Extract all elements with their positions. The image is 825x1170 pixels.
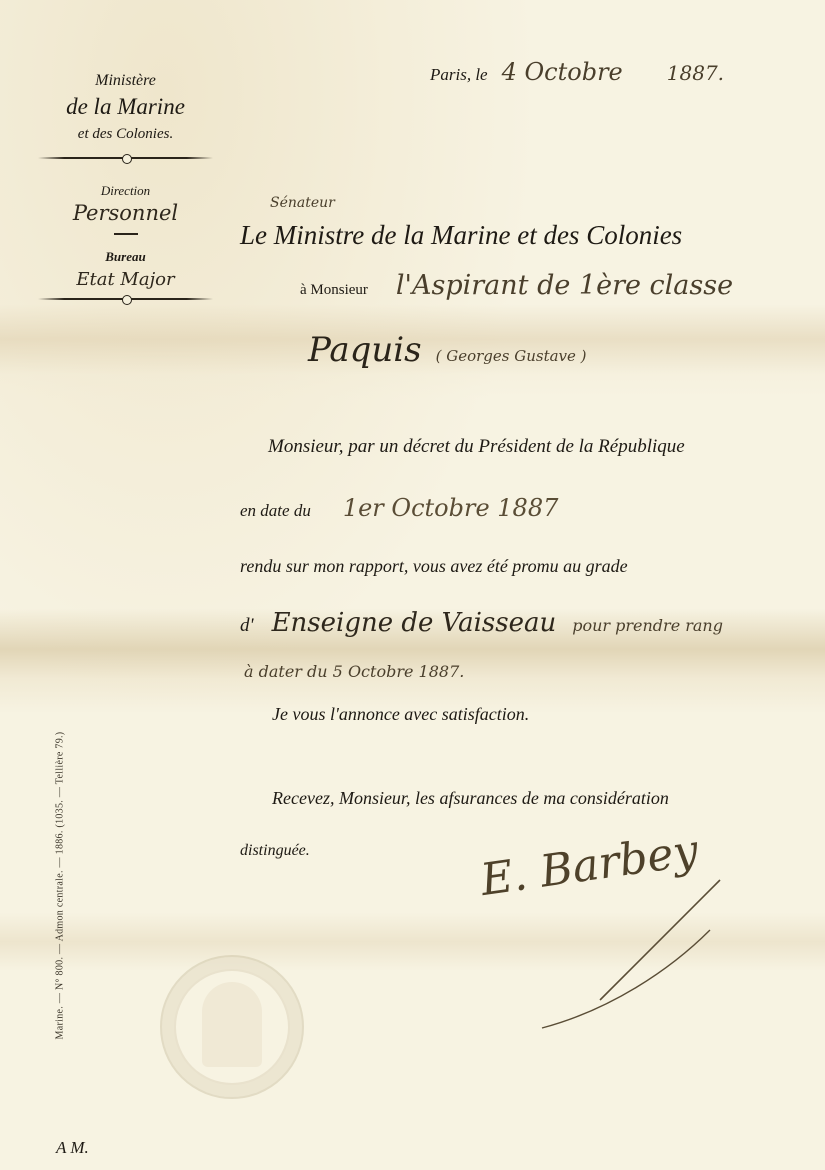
recipient-given-names: ( Georges Gustave ) (436, 347, 587, 365)
recipient-rank: l'Aspirant de 1ère classe (396, 270, 733, 301)
annotation-senateur: Sénateur (270, 195, 335, 211)
body-line2-printed: en date du (240, 501, 311, 520)
footer-initials: A M. (56, 1138, 89, 1158)
letterhead-line2: de la Marine (38, 94, 213, 120)
dateline-day-month: 4 Octobre (502, 58, 623, 86)
to-label: à Monsieur (300, 282, 368, 298)
grade-extra: pour prendre rang (572, 616, 723, 635)
body-line1: Monsieur, par un décret du Président de … (268, 436, 685, 458)
recipient-name: Paquis (308, 330, 422, 370)
dateline: Paris, le 4 Octobre 1887. (430, 58, 724, 86)
closing-line2: distinguée. (240, 842, 310, 860)
short-divider (114, 233, 138, 235)
signature-flourish (530, 860, 750, 1040)
printer-imprint: Marine. — N° 800. — Admon centrale. — 18… (55, 696, 66, 1076)
letterhead-line1: Ministère (38, 72, 213, 90)
body-line4: d' Enseigne de Vaisseau pour prendre ran… (240, 608, 723, 638)
letterhead: Ministère de la Marine et des Colonies. … (38, 72, 213, 300)
body-line6: Je vous l'annonce avec satisfaction. (272, 704, 529, 725)
body-line3: rendu sur mon rapport, vous avez été pro… (240, 556, 628, 577)
body-line2: en date du 1er Octobre 1887 (240, 494, 558, 522)
seal-figure (202, 982, 262, 1067)
body-line4-printed: d' (240, 615, 254, 636)
dateline-year: 1887. (667, 61, 724, 85)
grade: Enseigne de Vaisseau (272, 608, 557, 638)
recipient-line: à Monsieur l'Aspirant de 1ère classe (300, 270, 733, 301)
closing-line1: Recevez, Monsieur, les afsurances de ma … (272, 788, 669, 809)
bureau-value: Etat Major (38, 269, 213, 290)
decree-date: 1er Octobre 1887 (343, 494, 559, 522)
rank-date: à dater du 5 Octobre 1887. (244, 662, 464, 681)
direction-label: Direction (38, 183, 213, 199)
recipient-name-line: Paquis ( Georges Gustave ) (308, 330, 587, 370)
embossed-seal (160, 955, 304, 1099)
bureau-label: Bureau (38, 249, 213, 265)
ornament-divider (38, 157, 213, 159)
ornament-divider-bottom (38, 298, 213, 300)
direction-value: Personnel (38, 201, 213, 225)
dateline-place: Paris, le (430, 65, 488, 84)
sender-line: Le Ministre de la Marine et des Colonies (240, 220, 682, 251)
letterhead-line3: et des Colonies. (38, 126, 213, 143)
